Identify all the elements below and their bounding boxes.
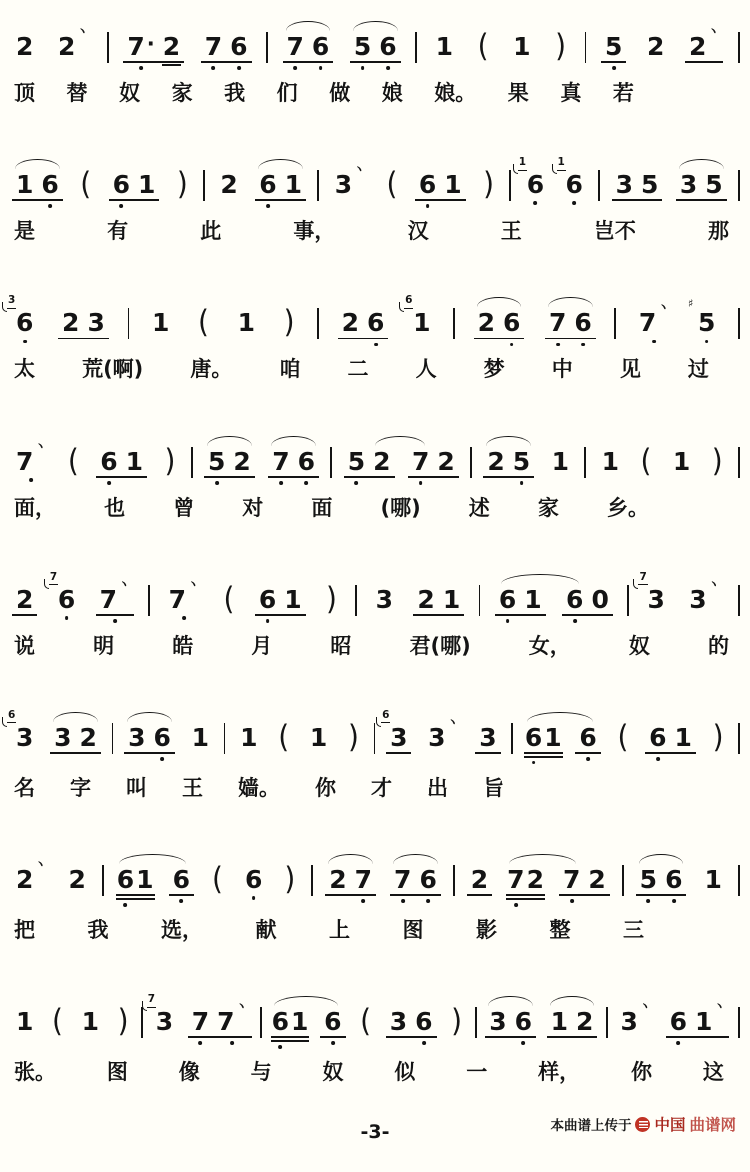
note-group: 3ヽ [331,172,369,197]
octave-dot [182,616,186,620]
note-group: 36 [485,1009,536,1038]
lyric-syllable: 事， [293,219,335,244]
lyric-syllable: 我 [224,81,245,106]
note-digit: 6 [324,1009,341,1034]
lyric-syllable: 见 [620,357,641,382]
note-group: 61 [116,867,155,900]
beam-line [124,752,175,754]
note-group: 1 [188,725,213,750]
note-wrap: 27 [325,867,376,892]
note: 6 [415,1009,432,1034]
notes-row: 2ヽ2616(6)277627272561 [6,843,744,918]
note-wrap: 72 [559,867,610,892]
note-wrap: 76 [390,867,441,892]
paren: ) [451,1009,462,1033]
lyric-syllable: 张。 [14,1060,56,1085]
note-group: 61 [96,449,147,478]
note-digit: 1 [152,310,169,335]
note-digit: ( [641,447,652,474]
beam-line [338,338,389,340]
octave-dot [672,899,676,903]
note-digit: 6 [499,587,516,612]
note: 7 [205,34,222,59]
note-digit: 6 [527,172,544,197]
note: 6 [515,1009,532,1034]
lyric-syllable: 乡。 [607,496,649,521]
paren: ( [80,172,91,196]
octave-dot [570,899,574,903]
beam-line [645,752,696,754]
note-digit: 1 [674,725,691,750]
note-group: 1 [548,449,573,474]
note-wrap: 1 [78,1009,103,1034]
sheet-music-page: 22ヽ7·27676561(1)522ヽ顶替奴家我们做娘娘。果真若16(61)2… [0,0,750,1161]
note-group: ) [344,725,363,749]
lyric-syllable: 明 [93,634,114,659]
note-wrap: 3ヽ [424,725,462,750]
note-group: ( [474,34,493,58]
note: 1 [291,1009,308,1034]
note-group: 3 [475,725,500,754]
breath-mark: ヽ [187,578,199,590]
paren: ( [278,725,289,749]
note-wrap: 63 [386,725,411,750]
lyric-syllable: 过 [688,357,709,382]
note-digit: 2 [647,34,664,59]
octave-dot [355,481,359,485]
note-group: ( [194,310,213,334]
slur-arc [509,854,576,864]
note-wrap: 72 [506,867,545,892]
note-group: 61 [495,587,546,616]
note-digit: 6 [58,587,75,612]
note: 5 [208,449,225,474]
note-wrap: ( [637,449,656,473]
note-digit: 7 [272,449,289,474]
note: 2 [220,172,237,197]
note-group: 61 [409,310,434,335]
octave-dot [230,1041,234,1045]
note-digit: 7 [563,867,580,892]
note-digit: ( [223,585,234,612]
lyric-syllable: 这 [703,1060,724,1085]
note-wrap: 3 [475,725,500,750]
barline [112,723,114,754]
note-wrap: 1 [509,34,534,59]
lyric-syllable: 图 [403,918,424,943]
breath-mark: ヽ [639,1000,651,1012]
octave-dot [506,619,510,623]
note-group: 2ヽ [685,34,723,63]
note-digit: 1 [544,725,561,750]
notes-row: 1(1)7377ヽ616(36)36123ヽ61ヽ [6,985,744,1060]
beam-line [386,752,411,754]
octave-dot [331,1041,335,1045]
upload-credit: 本曲谱上传于 中国 曲谱网 [550,1113,736,1135]
score-system: 1(1)7377ヽ616(36)36123ヽ61ヽ张。图像与奴似一样，你这 [6,985,744,1085]
note: 6 [41,172,58,197]
note: 3 [54,725,71,750]
lyric-syllable: 选， [161,918,203,943]
note-digit: 2 [527,867,544,892]
note: 5 [605,34,622,59]
note: 2 [527,867,544,892]
note-digit: 7 [412,449,429,474]
beam-line [562,614,613,616]
beam-line [255,199,306,201]
lyric-syllable: 君(哪) [409,634,470,659]
note-wrap: 1 [12,1009,37,1034]
note-digit: 2 [487,449,504,474]
lyric-syllable: (哪) [380,496,420,521]
note: 7 [287,34,304,59]
note-wrap: 36 [485,1009,536,1034]
note-group: 6 [169,867,194,896]
note-digit: ) [118,1008,129,1035]
note: 6 [525,725,542,750]
note-digit: 1 [436,34,453,59]
note-group: ( [383,172,402,196]
octave-dot [29,478,33,482]
note-group: ) [551,34,570,58]
paren: ) [284,310,295,334]
paren: ( [68,449,79,473]
note: 3 [680,172,697,197]
octave-dot [160,757,164,761]
note-wrap: 61 [524,725,563,750]
notes-row: 22ヽ7·27676561(1)522ヽ [6,10,744,81]
note-wrap: 61 [96,449,147,474]
credit-text: 本曲谱上传于 [550,1114,631,1134]
beam-line [320,1036,345,1038]
beam-line [524,756,563,758]
note: 1 [310,725,327,750]
note-digit: 2 [16,587,33,612]
note-digit: 7 [100,587,117,612]
note-group: 16 [562,172,587,197]
note-wrap: ♯5 [694,310,719,335]
grace-note: 6 [404,295,413,309]
lyric-syllable: 图 [107,1060,128,1085]
octave-dot [113,619,117,623]
note-digit: 0 [591,587,608,612]
note-wrap: 56 [350,34,401,59]
note-digit: 1 [16,1009,33,1034]
lyric-syllable: 上 [329,918,350,943]
barline [317,308,319,339]
note-wrap: 2ヽ [685,34,723,59]
note-digit: 2 [373,449,390,474]
octave-dot [646,899,650,903]
note: 3 [87,310,104,335]
note-digit: 6 [41,172,58,197]
note: 3 [489,1009,506,1034]
note-digit: ) [451,1008,462,1035]
note-digit: ( [198,309,209,336]
beam-line [413,614,464,616]
octave-dot [179,899,183,903]
note: 3 [376,587,393,612]
note-group: ) [160,449,179,473]
beam-line [255,614,306,616]
note-digit: 6 [100,449,117,474]
breath-mark: ヽ [708,578,720,590]
note-group: 3ヽ [424,725,462,750]
note: 1 [673,449,690,474]
note: 6 [259,172,276,197]
note-digit: 5 [705,172,722,197]
barline [330,447,332,478]
note-digit: 5 [208,449,225,474]
note-wrap: ) [551,34,570,58]
note-digit: 3 [489,1009,506,1034]
note-wrap: 63 [12,725,37,750]
breath-mark: ヽ [657,301,669,313]
note-wrap: 1 [598,449,623,474]
note-digit: 6 [230,34,247,59]
octave-dot [361,66,365,70]
octave-dot [319,66,323,70]
barline [317,170,319,201]
note: 1 [152,310,169,335]
lyric-syllable: 梦 [484,357,505,382]
note: 7 [549,310,566,335]
lyric-syllable: 像 [179,1060,200,1085]
note: 1 [136,867,153,892]
note: 2 [342,310,359,335]
note-digit: 6 [259,172,276,197]
note-group: 61 [645,725,696,754]
lyric-syllable: 奴 [119,81,140,106]
note: 1 [544,725,561,750]
octave-dot [656,757,660,761]
note: 6 [499,587,516,612]
barline [141,1007,143,1038]
note-wrap: 61 [271,1009,310,1034]
note-wrap: ) [447,1009,466,1033]
note-digit: 6 [503,310,520,335]
barline [509,170,511,201]
note: 2 [588,867,605,892]
note: 1 [674,725,691,750]
beam-line [325,894,376,896]
note: 1 [444,172,461,197]
note-wrap: 25 [483,449,534,474]
note-wrap: ) [173,172,192,196]
note-wrap: ) [322,587,341,611]
barline [738,308,740,339]
lyrics-row: 面，也曾对面(哪)述家乡。 [6,496,744,521]
note: 76 [58,587,75,612]
octave-dot [532,761,536,765]
octave-dot [293,66,297,70]
note: 1 [285,172,302,197]
note-digit: 6 [298,449,315,474]
lyric-syllable: 太 [14,357,35,382]
note-digit: 2 [16,867,33,892]
paren: ) [177,172,188,196]
lyric-syllable: 真 [560,81,581,106]
note-wrap: ) [280,310,299,334]
note: 6 [117,867,134,892]
note-digit: 3 [54,725,71,750]
note-digit: 3 [335,172,352,197]
note-wrap: 35 [612,172,663,197]
lyric-syllable: 似 [394,1060,415,1085]
page-number: -3- [361,1121,390,1143]
score-system: 63323611(1)633ヽ3616(61)名字叫王嫱。你才出旨 [6,701,744,801]
note-wrap: ( [76,172,95,196]
note-group: 1 [669,449,694,474]
lyrics-row: 名字叫王嫱。你才出旨 [6,776,744,801]
note-wrap: 60 [562,587,613,612]
note-group: 6 [320,1009,345,1038]
lyric-syllable: 样， [538,1060,580,1085]
note: 6 [367,310,384,335]
note: 63 [390,725,407,750]
octave-dot [278,1045,282,1049]
note-digit: 2 [220,172,237,197]
note: 7 [394,867,411,892]
lyric-syllable: 唐。 [190,357,232,382]
octave-dot [676,1041,680,1045]
beam-line [283,61,334,63]
note-digit: ( [80,171,91,198]
score-system: 7ヽ(61)527652722511(1)面，也曾对面(哪)述家乡。 [6,425,744,521]
note: 73 [156,1009,173,1034]
barline [738,865,740,896]
barline [191,447,193,478]
note: 7ヽ [639,310,669,335]
note-group: 1 [234,310,259,335]
note-wrap: 61 [415,172,466,197]
note: 2 [16,587,33,612]
note-digit: 7 [394,867,411,892]
note-digit: 7 [169,587,186,612]
lyric-syllable: 奴 [629,634,650,659]
note-digit: 1 [82,1009,99,1034]
note-digit: 1 [238,310,255,335]
lyric-syllable: 述 [469,496,490,521]
note-digit: 7 [287,34,304,59]
note-group: 1 [598,449,623,474]
barline [511,723,513,754]
note-wrap: 12 [547,1009,598,1034]
note-digit: 1 [552,449,569,474]
note-digit: 1 [602,449,619,474]
beam-line [390,894,441,896]
note-digit: 6 [525,725,542,750]
note-wrap: 6 [241,867,266,892]
note-wrap: 23 [58,310,109,335]
note-wrap: 73 [643,587,668,612]
note-digit: 6 [113,172,130,197]
note-digit: 5 [641,172,658,197]
octave-dot [573,619,577,623]
note: 2 [329,867,346,892]
note-digit: 6 [419,172,436,197]
note-digit: 5 [698,310,715,335]
note-wrap: 26 [338,310,389,335]
note-group: 2ヽ [54,34,92,59]
paren: ) [164,449,175,473]
note-wrap: 61 [255,587,306,612]
note-group: 12 [547,1009,598,1038]
note-group: ) [709,725,728,749]
barline [479,585,481,616]
lyric-syllable: 月 [251,634,272,659]
note: 2 [647,34,664,59]
note: 0 [591,587,608,612]
octave-dot [586,757,590,761]
note-group: ) [173,172,192,196]
note-digit: 2 [576,1009,593,1034]
note-group: 72 [506,867,545,900]
octave-dot [139,66,143,70]
barline [355,585,357,616]
note-digit: 2 [471,867,488,892]
lyric-syllable: 顶 [14,81,35,106]
barline [738,1007,740,1038]
paren: ) [712,449,723,473]
note-digit: ( [278,724,289,751]
note-digit: 3 [680,172,697,197]
lyric-syllable: 替 [67,81,88,106]
lyrics-row: 把我选，献上图影整三 [6,918,744,943]
note-wrap: 76 [201,34,252,59]
note-digit: 3 [390,1009,407,1034]
augmentation-dot: · [147,34,155,55]
note: 7ヽ [100,587,130,612]
note-wrap: 36 [124,725,175,750]
note-group: 1 [432,34,457,59]
note: 6 [419,172,436,197]
note-wrap: 61 [645,725,696,750]
sharp-icon: ♯ [688,298,693,309]
beam-line [58,338,109,340]
note: 1 [284,587,301,612]
octave-dot [581,343,585,347]
note-wrap: ) [344,725,363,749]
beam-line [685,61,723,63]
note-wrap: ( [274,725,293,749]
note: 1 [240,725,257,750]
note: 1 [552,449,569,474]
notes-row: 36231(1)266126767ヽ♯5 [6,286,744,357]
note-digit: 3 [689,587,706,612]
note: 3ヽ [621,1009,651,1034]
lyric-syllable: 果 [508,81,529,106]
note-group: 1 [148,310,173,335]
paren: ) [118,1009,129,1033]
lyric-syllable: 那 [708,219,729,244]
note: 2 [478,310,495,335]
lyric-syllable: 的 [708,634,729,659]
note-group: 72 [559,867,610,896]
note: 2 [471,867,488,892]
beam-line [559,894,610,896]
octave-dot [252,896,256,900]
note: 5 [354,34,371,59]
octave-dot [215,481,219,485]
grace-note: 7 [49,572,58,586]
note-digit: 6 [566,172,583,197]
barline [415,32,417,63]
note-wrap: 2 [216,172,241,197]
note-wrap: 36 [386,1009,437,1034]
lyric-syllable: 家 [538,496,559,521]
note: 3 [616,172,633,197]
